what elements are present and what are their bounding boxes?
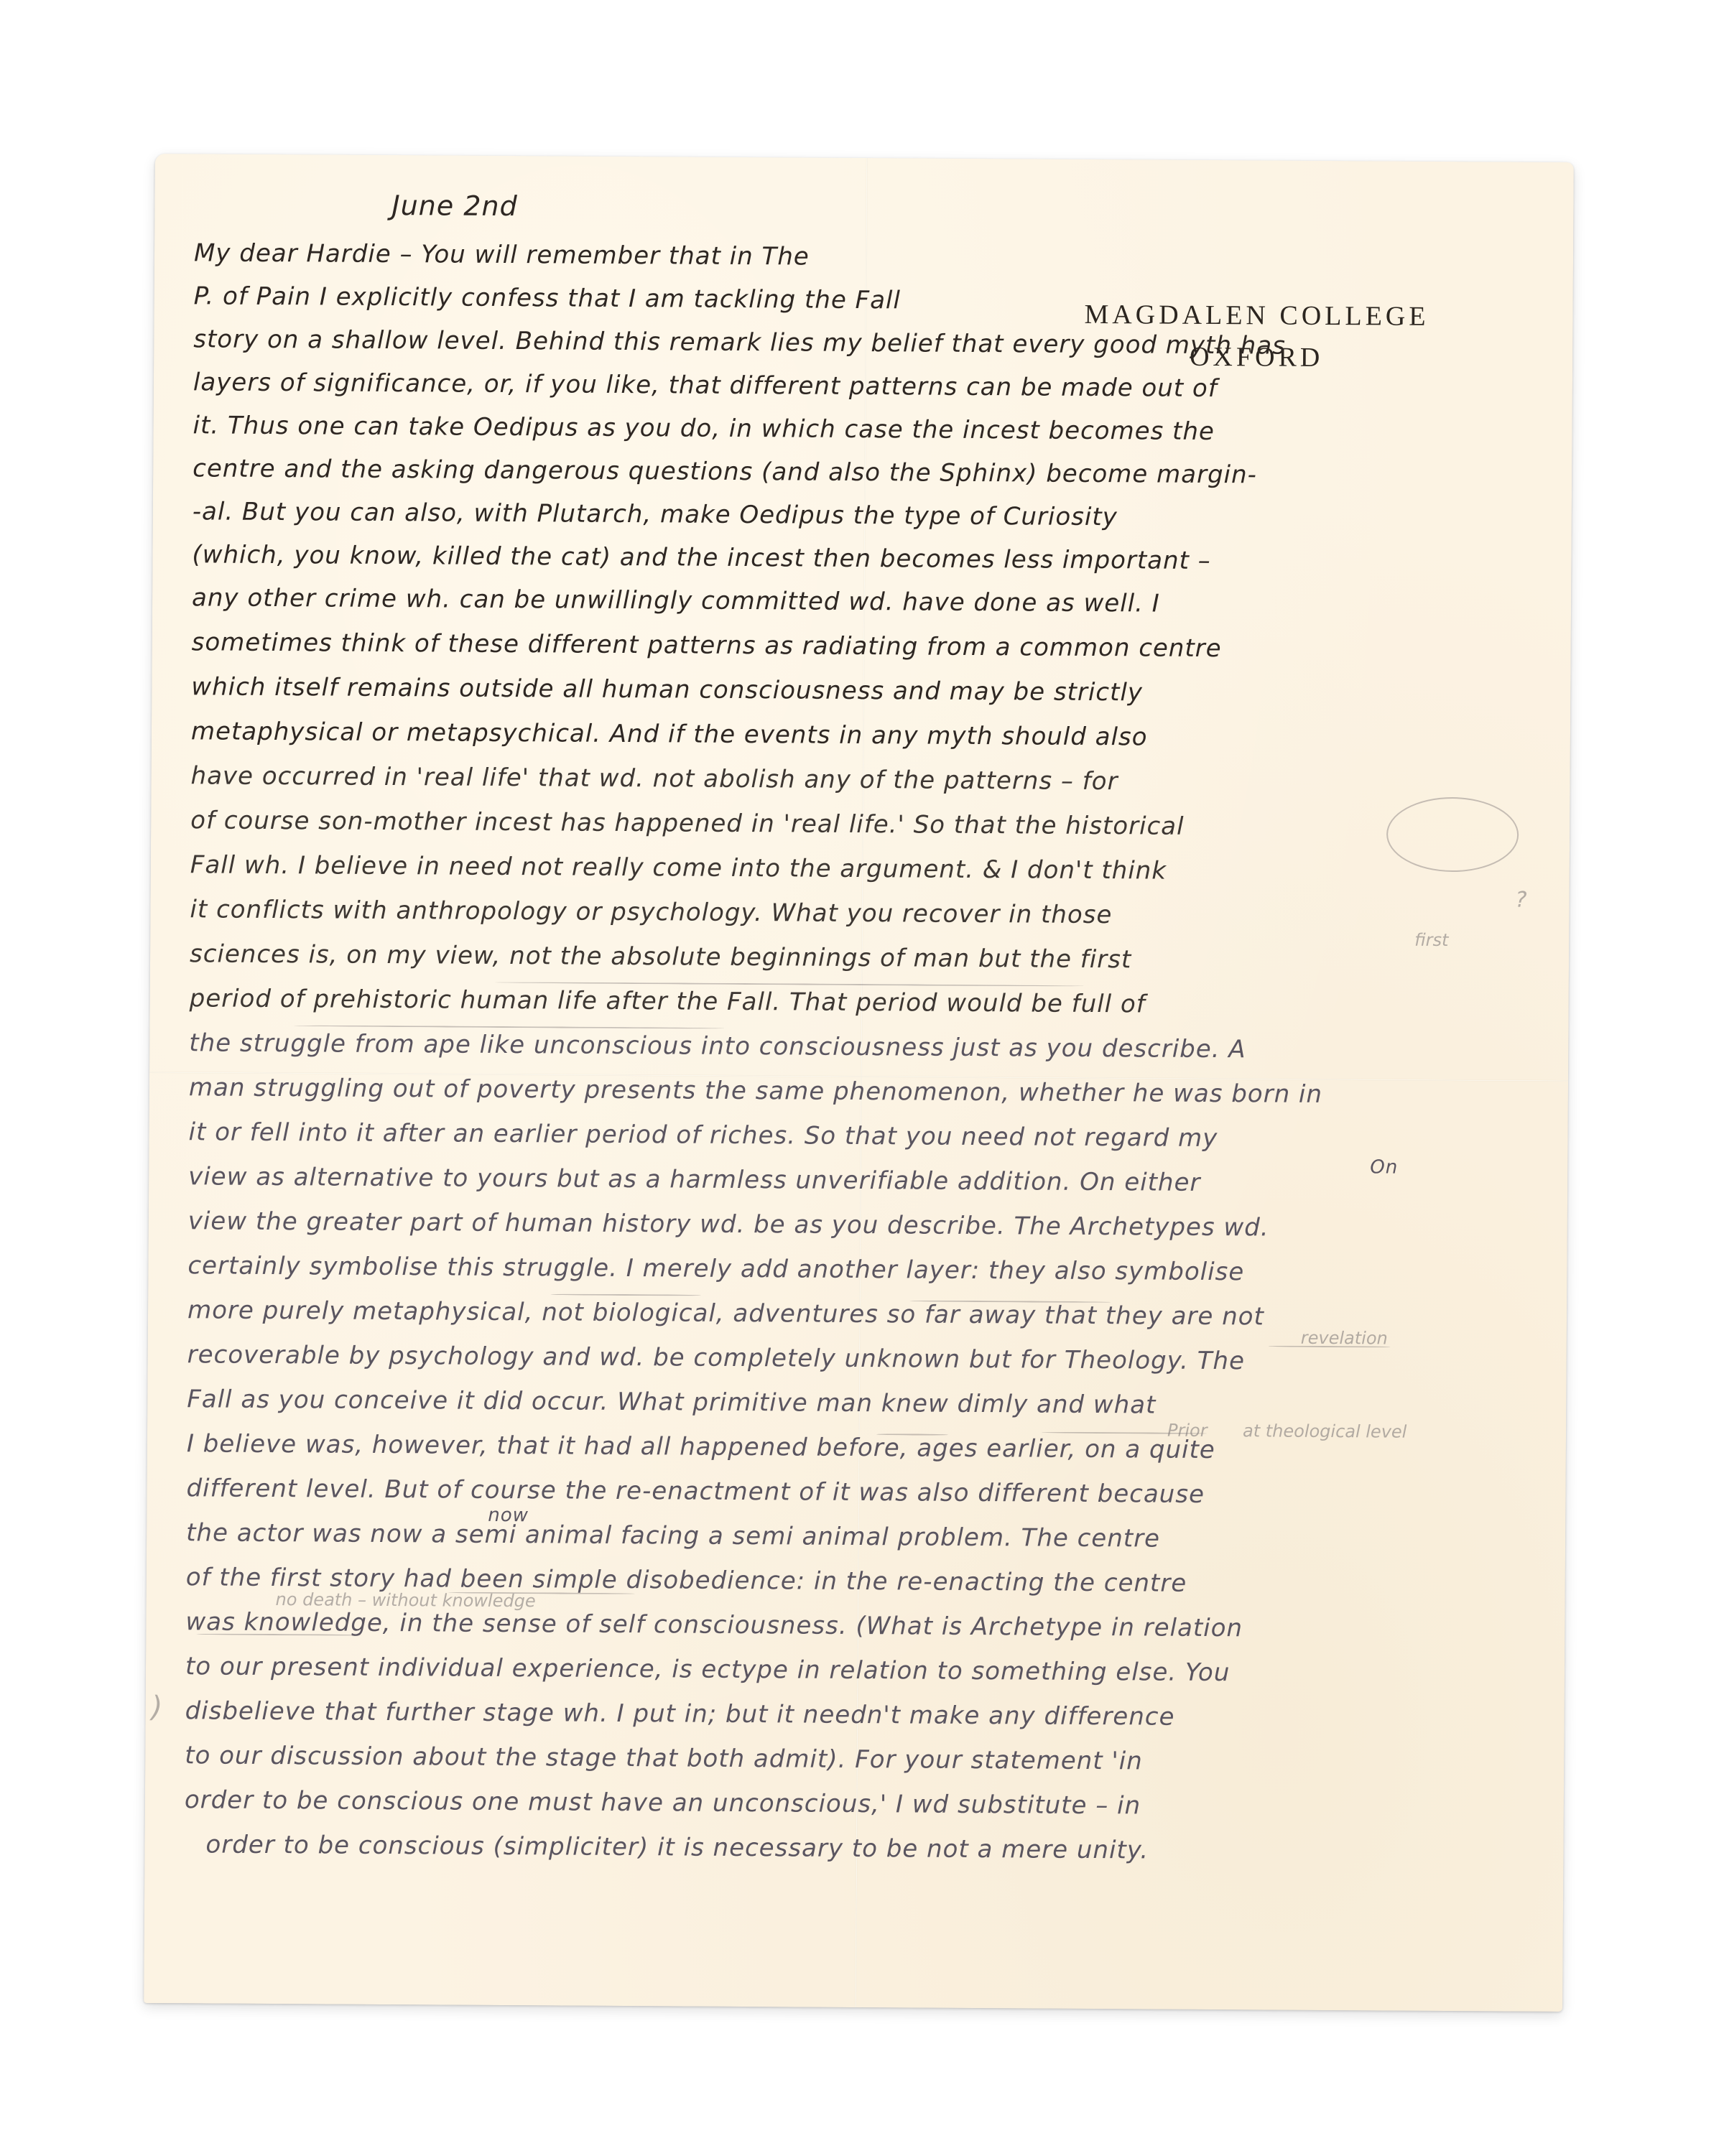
letter-line: it conflicts with anthropology or psycho… <box>190 895 1112 929</box>
letter-line: period of prehistoric human life after t… <box>190 984 1146 1018</box>
letter-line: any other crime wh. can be unwillingly c… <box>192 583 1160 618</box>
letter-line: P. of Pain I explicitly confess that I a… <box>194 282 901 315</box>
letter-line: man struggling out of poverty presents t… <box>189 1073 1322 1109</box>
letter-line: metaphysical or metapsychical. And if th… <box>191 717 1148 751</box>
pencil-margin-bracket: ) <box>152 1691 163 1724</box>
letter-date: June 2nd <box>391 190 517 222</box>
letter-line: to our present individual experience, is… <box>185 1652 1231 1687</box>
letter-line: story on a shallow level. Behind this re… <box>193 325 1286 360</box>
letter-line: disbelieve that further stage wh. I put … <box>185 1696 1175 1731</box>
letter-line: Fall as you conceive it did occur. What … <box>187 1385 1156 1419</box>
letter-line: Fall wh. I believe in need not really co… <box>190 850 1167 885</box>
pencil-underline <box>1042 1432 1207 1434</box>
letter-line: centre and the asking dangerous question… <box>193 454 1257 489</box>
interlinear-on: On <box>1370 1156 1398 1178</box>
letter-line: the actor was now a semi animal facing a… <box>186 1518 1160 1553</box>
letter-line: it. Thus one can take Oedipus as you do,… <box>193 411 1215 446</box>
letter-line: of course son-mother incest has happened… <box>190 806 1185 840</box>
pencil-circle-historical <box>1386 796 1519 872</box>
interlinear-now: now <box>488 1505 529 1526</box>
pencil-note-level: at theological level <box>1243 1421 1407 1441</box>
letter-line: have occurred in 'real life' that wd. no… <box>190 761 1118 796</box>
letter-line: layers of significance, or, if you like,… <box>193 368 1218 403</box>
pencil-note-prior: Prior <box>1167 1421 1208 1441</box>
letter-line: to our discussion about the stage that b… <box>185 1741 1143 1775</box>
letter-line: I believe was, however, that it had all … <box>187 1429 1215 1464</box>
letter-line: more purely metaphysical, not biological… <box>187 1296 1264 1331</box>
letter-line: view as alternative to yours but as a ha… <box>188 1162 1200 1197</box>
letter-line: certainly symbolise this struggle. I mer… <box>187 1251 1244 1286</box>
letter-line: different level. But of course the re-en… <box>186 1474 1205 1509</box>
letter-line: order to be conscious one must have an u… <box>185 1785 1141 1820</box>
letter-sheet: MAGDALEN COLLEGE OXFORD June 2nd My dear… <box>144 154 1574 2012</box>
letter-line: view the greater part of human history w… <box>188 1207 1269 1242</box>
pencil-question-mark: ? <box>1515 888 1526 913</box>
letter-line: it or fell into it after an earlier peri… <box>188 1118 1218 1153</box>
letter-line: order to be conscious (simpliciter) it i… <box>205 1830 1149 1864</box>
letter-line: My dear Hardie – You will remember that … <box>194 238 810 271</box>
pencil-note-first: first <box>1414 930 1448 950</box>
pencil-underline <box>550 1293 701 1296</box>
letter-line: the struggle from ape like unconscious i… <box>189 1028 1246 1064</box>
letter-line: (which, you know, killed the cat) and th… <box>192 540 1211 575</box>
letter-line: was knowledge, in the sense of self cons… <box>185 1607 1243 1642</box>
pencil-underline <box>293 1025 724 1029</box>
letter-line: sometimes think of these different patte… <box>192 628 1222 663</box>
letter-line: recoverable by psychology and wd. be com… <box>187 1340 1246 1375</box>
letter-line: -al. But you can also, with Plutarch, ma… <box>193 497 1118 531</box>
letter-line: which itself remains outside all human c… <box>191 672 1143 707</box>
letter-line: sciences is, on my view, not the absolut… <box>190 939 1131 974</box>
